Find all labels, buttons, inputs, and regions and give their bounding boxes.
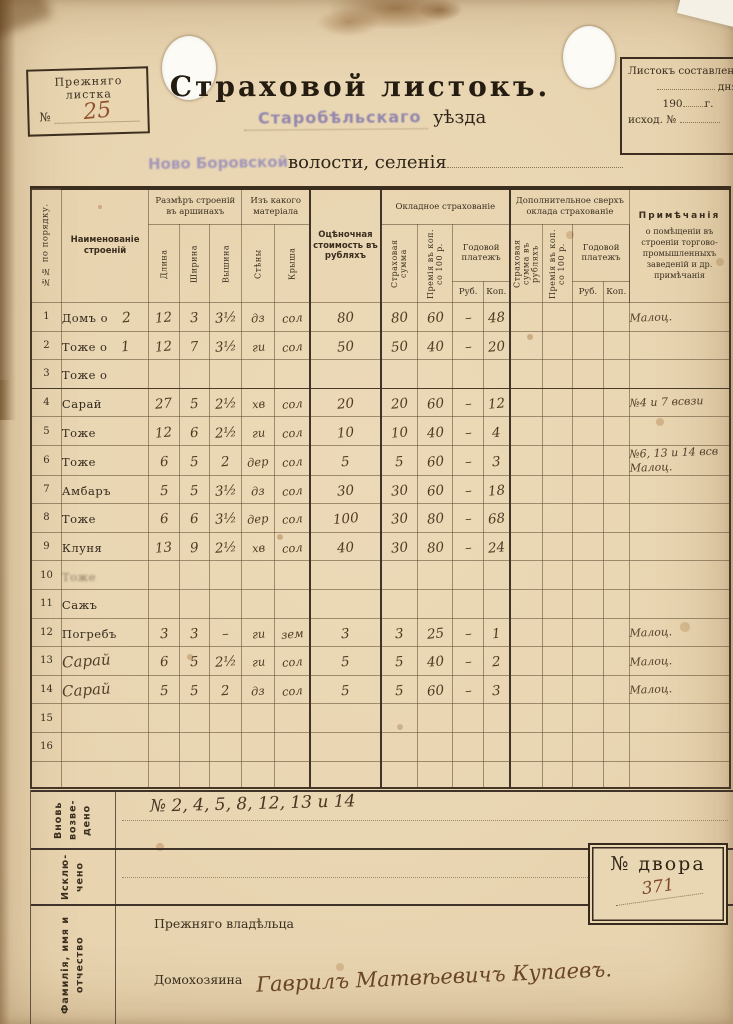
handwritten-value: 3	[190, 628, 200, 640]
table-row: 15	[31, 704, 730, 733]
table-row: 4Сарай2752½хвсол202060–12№4 и 7 всвзи	[31, 388, 730, 417]
cell-xsum	[510, 331, 542, 360]
cell-num: 7	[31, 475, 61, 504]
handwritten-value: 10	[390, 427, 408, 439]
cell-num: 13	[31, 647, 61, 676]
table-row: 6Тоже652дерсол5560–3№6, 13 и 14 всв Мало…	[31, 445, 730, 475]
cell-name: Амбаръ	[61, 475, 148, 504]
cell-note	[629, 504, 730, 533]
cell-wid	[179, 360, 209, 389]
cell-len: 6	[149, 445, 179, 475]
table-body: 1Домъ о21233½дзсол808060–48Малоц.2Тоже о…	[31, 303, 730, 788]
cell-name: Погребъ	[61, 618, 148, 647]
handwritten-value: 80	[390, 313, 408, 325]
handwritten-value: сол	[281, 515, 302, 526]
cell-walls: дз	[242, 475, 274, 504]
yard-number-value: 371	[613, 871, 704, 906]
cell-note: №6, 13 и 14 всв Малоц.	[629, 444, 731, 477]
cell-sum: 10	[381, 417, 418, 446]
cell-prem: 40	[417, 417, 453, 446]
cell-note: Малоц.	[629, 645, 730, 677]
cell-value	[310, 704, 381, 733]
cell-xsum	[510, 704, 542, 733]
handwritten-value: –	[464, 514, 472, 525]
excluded-label-cell: Исклю- чено	[31, 850, 116, 904]
cell-name: Тоже	[61, 417, 148, 446]
cell-xkop	[603, 732, 629, 761]
cell-prem	[417, 589, 453, 618]
cell-prem: 60	[417, 388, 453, 417]
cell-empty	[149, 761, 179, 788]
cell-len: 5	[149, 475, 179, 504]
cell-hgt	[210, 561, 242, 590]
handwritten-value: 1	[492, 628, 502, 640]
cell-empty	[381, 761, 418, 788]
cell-len: 6	[149, 647, 179, 676]
handwritten-value: 40	[426, 341, 444, 353]
handwritten-value: 2½	[214, 398, 237, 411]
cell-kop	[483, 589, 509, 618]
cell-value: 40	[310, 532, 381, 561]
handwritten-value: сол	[281, 686, 302, 697]
table-row: 11Сажъ	[31, 589, 730, 618]
cell-note	[629, 475, 730, 504]
cell-xsum	[510, 388, 542, 417]
col-header-premium: Премія въ коп. со 100 р.	[417, 225, 453, 303]
cell-sum: 80	[381, 303, 418, 332]
handwritten-value: 60	[426, 456, 444, 468]
cell-prem: 40	[417, 647, 453, 676]
cell-prem: 60	[417, 303, 453, 332]
cell-sum	[381, 732, 418, 761]
building-name-printed: Тоже	[62, 570, 96, 584]
cell-note	[629, 360, 730, 389]
cell-num: 2	[31, 331, 61, 360]
cell-xkop	[603, 331, 629, 360]
cell-num: 10	[31, 561, 61, 590]
handwritten-value: 40	[426, 657, 444, 669]
cell-xkop	[603, 360, 629, 389]
cell-xkop	[603, 475, 629, 504]
cell-sum: 5	[381, 445, 418, 475]
paper-edge-shadow	[0, 0, 16, 420]
cell-roof: зем	[274, 618, 310, 647]
cell-empty	[573, 761, 603, 788]
cell-empty	[210, 761, 242, 788]
cell-rub: –	[453, 388, 483, 417]
cell-kop	[483, 704, 509, 733]
cell-roof	[274, 561, 310, 590]
cell-value: 20	[310, 388, 381, 417]
cell-prem: 80	[417, 532, 453, 561]
cell-kop: 48	[483, 303, 509, 332]
table-row: 16	[31, 732, 730, 761]
col-header-notes: Примѣчанія о помѣщеніи въ строеніи торго…	[629, 188, 730, 303]
cell-xprem	[542, 303, 572, 332]
cell-rub: –	[453, 647, 483, 676]
cell-name	[61, 704, 148, 733]
handwritten-value: 3½	[214, 312, 237, 325]
col-header-order-number: №№ по порядку.	[31, 188, 61, 303]
volost-label: волости, селенія	[288, 152, 447, 173]
cell-prem	[417, 704, 453, 733]
table-row: 14Сарай552дзсол5560–3Малоц.	[31, 675, 730, 704]
cell-len: 12	[149, 331, 179, 360]
cell-note: №4 и 7 всвзи	[629, 387, 730, 419]
cell-hgt	[210, 732, 242, 761]
paper-edge-shadow	[0, 380, 10, 1024]
col-header-length: Длина	[149, 225, 179, 303]
cell-wid: 5	[179, 475, 209, 504]
handwritten-value: 40	[426, 427, 444, 439]
cell-sum: 50	[381, 331, 418, 360]
newly-built-row: Вновь возве- дено № 2, 4, 5, 8, 12, 13 и…	[31, 790, 733, 848]
cell-xsum	[510, 647, 542, 676]
cell-sum	[381, 561, 418, 590]
cell-roof	[274, 589, 310, 618]
handwritten-value: –	[464, 629, 472, 640]
table-row: 10Тоже	[31, 561, 730, 590]
building-name-printed: Тоже	[62, 512, 96, 526]
cell-kop: 68	[483, 504, 509, 533]
handwritten-value: –	[464, 486, 472, 497]
cell-xsum	[510, 445, 542, 475]
building-name-suffix: 2	[121, 310, 132, 327]
cell-xprem	[542, 647, 572, 676]
cell-wid: 5	[179, 445, 209, 475]
cell-rub	[453, 360, 483, 389]
cell-note: Малоц.	[629, 301, 730, 333]
owner-name-label: Фамилія, имя и отчество	[59, 906, 88, 1024]
cell-num: 1	[31, 303, 61, 332]
handwritten-value: 3½	[214, 341, 237, 354]
cell-walls: хв	[242, 388, 274, 417]
handwritten-value: –	[464, 543, 472, 554]
cell-xprem	[542, 675, 572, 704]
cell-hgt: 3½	[210, 303, 242, 332]
cell-note: Малоц.	[629, 616, 730, 648]
cell-empty	[453, 761, 483, 788]
cell-name: Сажъ	[61, 589, 148, 618]
newly-built-label-cell: Вновь возве- дено	[31, 792, 116, 848]
table-row: 3Тоже о	[31, 360, 730, 389]
handwritten-value: 50	[390, 341, 408, 353]
dotted-rule	[447, 167, 623, 168]
day-suffix: дня	[718, 81, 733, 93]
cell-value: 5	[310, 647, 381, 676]
cell-note	[629, 532, 730, 561]
col-header-extra-premium: Премія въ коп. со 100 р.	[542, 225, 572, 303]
cell-hgt: 2½	[210, 417, 242, 446]
cell-rub	[453, 589, 483, 618]
col-header-extra-rub: Руб.	[573, 282, 603, 303]
cell-rub: –	[453, 417, 483, 446]
cell-xkop	[603, 618, 629, 647]
handwritten-value: –	[464, 427, 472, 438]
cell-note	[629, 417, 730, 446]
cell-xsum	[510, 417, 542, 446]
col-header-extra-insured-sum: Страховая сумма въ рубляхъ	[510, 225, 542, 303]
table-row: 8Тоже663½дерсол1003080–68	[31, 504, 730, 533]
cell-len	[149, 360, 179, 389]
handwritten-value: 5	[395, 456, 405, 468]
cell-wid	[179, 732, 209, 761]
outgoing-label: исход. №	[628, 114, 676, 126]
handwritten-value: 60	[426, 398, 444, 410]
cell-note	[629, 589, 730, 618]
cell-kop: 24	[483, 532, 509, 561]
cell-hgt: 2½	[210, 388, 242, 417]
cell-empty	[242, 761, 274, 788]
cell-sum: 5	[381, 675, 418, 704]
handwritten-value: 20	[336, 398, 354, 410]
cell-value	[310, 561, 381, 590]
cell-xrub	[573, 303, 603, 332]
handwritten-value: сол	[281, 428, 302, 439]
cell-walls: хв	[242, 532, 274, 561]
handwritten-value: –	[222, 629, 230, 640]
handwritten-value: 60	[426, 313, 444, 325]
cell-walls: ги	[242, 417, 274, 446]
cell-num: 15	[31, 704, 61, 733]
year-prefix: 190	[663, 98, 683, 110]
cell-xrub	[573, 360, 603, 389]
cell-roof: сол	[274, 504, 310, 533]
cell-xprem	[542, 532, 572, 561]
col-header-extra-annual-payment: Годовой платежъ	[573, 225, 630, 282]
cell-roof: сол	[274, 417, 310, 446]
handwritten-value: 5	[159, 486, 169, 498]
cell-name: Тоже	[61, 561, 148, 590]
building-name-printed: Клуня	[62, 541, 102, 555]
cell-roof: сол	[274, 331, 310, 360]
handwritten-value: 12	[487, 398, 505, 410]
uyezd-label: уѣзда	[433, 107, 486, 128]
cell-xrub	[573, 675, 603, 704]
handwritten-value: 6	[190, 514, 200, 526]
cell-xrub	[573, 331, 603, 360]
cell-xprem	[542, 618, 572, 647]
cell-len	[149, 589, 179, 618]
cell-value: 50	[310, 331, 381, 360]
cell-len: 12	[149, 417, 179, 446]
cell-hgt: 2½	[210, 647, 242, 676]
cell-walls	[242, 704, 274, 733]
cell-xrub	[573, 589, 603, 618]
cell-xprem	[542, 504, 572, 533]
handwritten-value: 27	[155, 398, 173, 410]
cell-xkop	[603, 445, 629, 475]
cell-prem: 60	[417, 675, 453, 704]
punch-hole-icon	[563, 26, 615, 88]
handwritten-value: 3	[395, 628, 405, 640]
cell-xkop	[603, 532, 629, 561]
cell-xkop	[603, 647, 629, 676]
cell-note	[629, 732, 730, 761]
col-header-extra-kop: Коп.	[603, 282, 629, 303]
cell-xsum	[510, 618, 542, 647]
cell-walls	[242, 561, 274, 590]
cell-xprem	[542, 704, 572, 733]
handwritten-value: 6	[159, 514, 169, 526]
cell-walls	[242, 732, 274, 761]
cell-wid: 5	[179, 388, 209, 417]
handwritten-value: 20	[390, 398, 408, 410]
cell-xprem	[542, 589, 572, 618]
cell-hgt: 2½	[210, 532, 242, 561]
cell-rub	[453, 732, 483, 761]
cell-roof: сол	[274, 647, 310, 676]
handwritten-value: 5	[395, 686, 405, 698]
cell-empty	[510, 761, 542, 788]
handwritten-value: 12	[155, 313, 173, 325]
handwritten-value: 5	[159, 686, 169, 698]
cell-wid	[179, 589, 209, 618]
handwritten-value: 5	[395, 657, 405, 669]
cell-roof	[274, 360, 310, 389]
handwritten-value: 5	[341, 686, 351, 698]
handwritten-value: 80	[336, 313, 354, 325]
newly-built-value: № 2, 4, 5, 8, 12, 13 и 14	[150, 791, 356, 816]
cell-prem: 25	[417, 618, 453, 647]
handwritten-value: 4	[492, 427, 502, 439]
handwritten-value: 5	[341, 456, 351, 468]
col-header-walls: Стѣны	[242, 225, 274, 303]
cell-xkop	[603, 561, 629, 590]
cell-kop: 12	[483, 388, 509, 417]
cell-wid: 3	[179, 303, 209, 332]
cell-xrub	[573, 561, 603, 590]
cell-kop: 18	[483, 475, 509, 504]
handwritten-value: дз	[251, 686, 265, 696]
uyezd-stamp: Старобѣльскаго	[244, 107, 428, 131]
col-header-height: Вышина	[210, 225, 242, 303]
cell-note	[629, 331, 730, 360]
handwritten-value: 12	[155, 427, 173, 439]
cell-empty	[483, 761, 509, 788]
cell-xprem	[542, 561, 572, 590]
cell-sum: 30	[381, 532, 418, 561]
cell-wid	[179, 561, 209, 590]
handwritten-value: –	[464, 456, 472, 467]
handwritten-value: 5	[190, 686, 200, 698]
cell-xrub	[573, 388, 603, 417]
cell-sum: 5	[381, 647, 418, 676]
previous-sheet-number: 25	[82, 101, 112, 121]
handwritten-value: дер	[247, 457, 269, 468]
cell-walls	[242, 589, 274, 618]
building-name-suffix: 1	[121, 338, 132, 355]
cell-xsum	[510, 561, 542, 590]
cell-xprem	[542, 475, 572, 504]
excluded-label: Исклю- чено	[59, 850, 88, 904]
handwritten-value: 3	[159, 628, 169, 640]
building-name-printed: Тоже	[62, 426, 96, 440]
cell-xkop	[603, 417, 629, 446]
handwritten-value: 5	[190, 657, 200, 669]
handwritten-value: 80	[426, 542, 444, 554]
handwritten-value: –	[464, 657, 472, 668]
cell-value: 100	[310, 504, 381, 533]
building-name-printed: Амбаръ	[62, 484, 111, 498]
cell-rub: –	[453, 445, 483, 475]
insurance-sheet-page: Прежняго листка № 25 Страховой листокъ. …	[0, 0, 733, 1024]
handwritten-value: 30	[390, 514, 408, 526]
cell-len	[149, 732, 179, 761]
cell-xrub	[573, 417, 603, 446]
handwritten-value: 68	[487, 514, 505, 526]
cell-kop	[483, 360, 509, 389]
handwritten-value: 6	[159, 456, 169, 468]
col-header-roof: Крыша	[274, 225, 310, 303]
table-row: 2Тоже о11273½гисол505040–20	[31, 331, 730, 360]
handwritten-value: –	[464, 399, 472, 410]
building-name-printed: Тоже	[62, 455, 96, 469]
cell-name: Сарай	[61, 647, 148, 676]
handwritten-value: сол	[281, 658, 302, 669]
cell-walls: дз	[242, 303, 274, 332]
cell-sum: 3	[381, 618, 418, 647]
cell-prem	[417, 360, 453, 389]
cell-empty	[603, 761, 629, 788]
cell-wid: 5	[179, 675, 209, 704]
handwritten-value: 30	[390, 485, 408, 497]
cell-len: 13	[149, 532, 179, 561]
cell-len: 27	[149, 388, 179, 417]
building-name-printed: Сарай	[62, 397, 102, 411]
table-row: 13Сарай652½гисол5540–2Малоц.	[31, 647, 730, 676]
year-suffix: г.	[705, 98, 714, 110]
compiled-line1: Листокъ составленъ	[628, 63, 733, 79]
cell-xrub	[573, 704, 603, 733]
cell-num: 3	[31, 360, 61, 389]
cell-value	[310, 589, 381, 618]
cell-kop: 20	[483, 331, 509, 360]
cell-hgt: –	[210, 618, 242, 647]
cell-sum: 20	[381, 388, 418, 417]
col-header-annual-payment: Годовой платежъ	[453, 225, 510, 282]
handwritten-value: 18	[487, 485, 505, 497]
cell-note: Малоц.	[629, 673, 730, 705]
cell-xrub	[573, 647, 603, 676]
cell-name: Тоже	[61, 445, 148, 475]
handwritten-value: 6	[159, 657, 169, 669]
col-header-width: Ширина	[179, 225, 209, 303]
cell-kop	[483, 732, 509, 761]
cell-empty	[417, 761, 453, 788]
cell-value	[310, 360, 381, 389]
cell-kop: 3	[483, 445, 509, 475]
cell-wid: 3	[179, 618, 209, 647]
handwritten-value: хв	[251, 543, 265, 553]
handwritten-value: ги	[251, 428, 265, 438]
yard-number-label: № двора	[590, 853, 726, 875]
cell-prem: 40	[417, 331, 453, 360]
cell-hgt: 2	[210, 445, 242, 475]
page-title: Страховой листокъ.	[150, 70, 570, 103]
handwritten-value: 2	[492, 657, 502, 669]
cell-prem: 80	[417, 504, 453, 533]
handwritten-value: 12	[155, 341, 173, 353]
cell-xprem	[542, 417, 572, 446]
handwritten-value: 25	[426, 628, 444, 640]
cell-xkop	[603, 303, 629, 332]
cell-num: 14	[31, 675, 61, 704]
cell-walls: дер	[242, 504, 274, 533]
cell-xprem	[542, 732, 572, 761]
cell-len: 5	[149, 675, 179, 704]
cell-name: Тоже о1	[61, 331, 148, 360]
